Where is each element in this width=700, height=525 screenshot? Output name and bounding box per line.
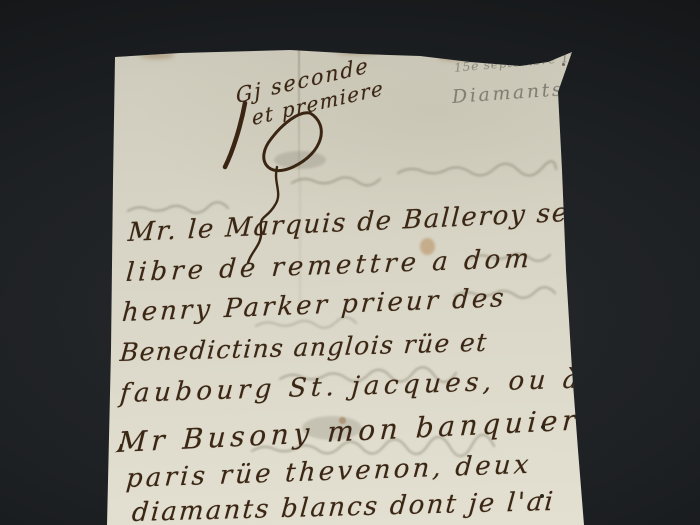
stain-spot (339, 417, 346, 424)
foxing-spot (438, 54, 476, 61)
stain-spot (420, 238, 435, 255)
ink-speck (562, 63, 565, 66)
ink-speck (540, 494, 544, 498)
ink-flourish (215, 95, 345, 275)
photo-background: Gj seconde et premiere 15e septembre 178… (0, 0, 700, 525)
ink-speck (541, 425, 545, 429)
letter-sheet: Gj seconde et premiere 15e septembre 178… (0, 0, 700, 525)
foxing-spot (336, 49, 378, 55)
foxing-spot (140, 52, 174, 59)
